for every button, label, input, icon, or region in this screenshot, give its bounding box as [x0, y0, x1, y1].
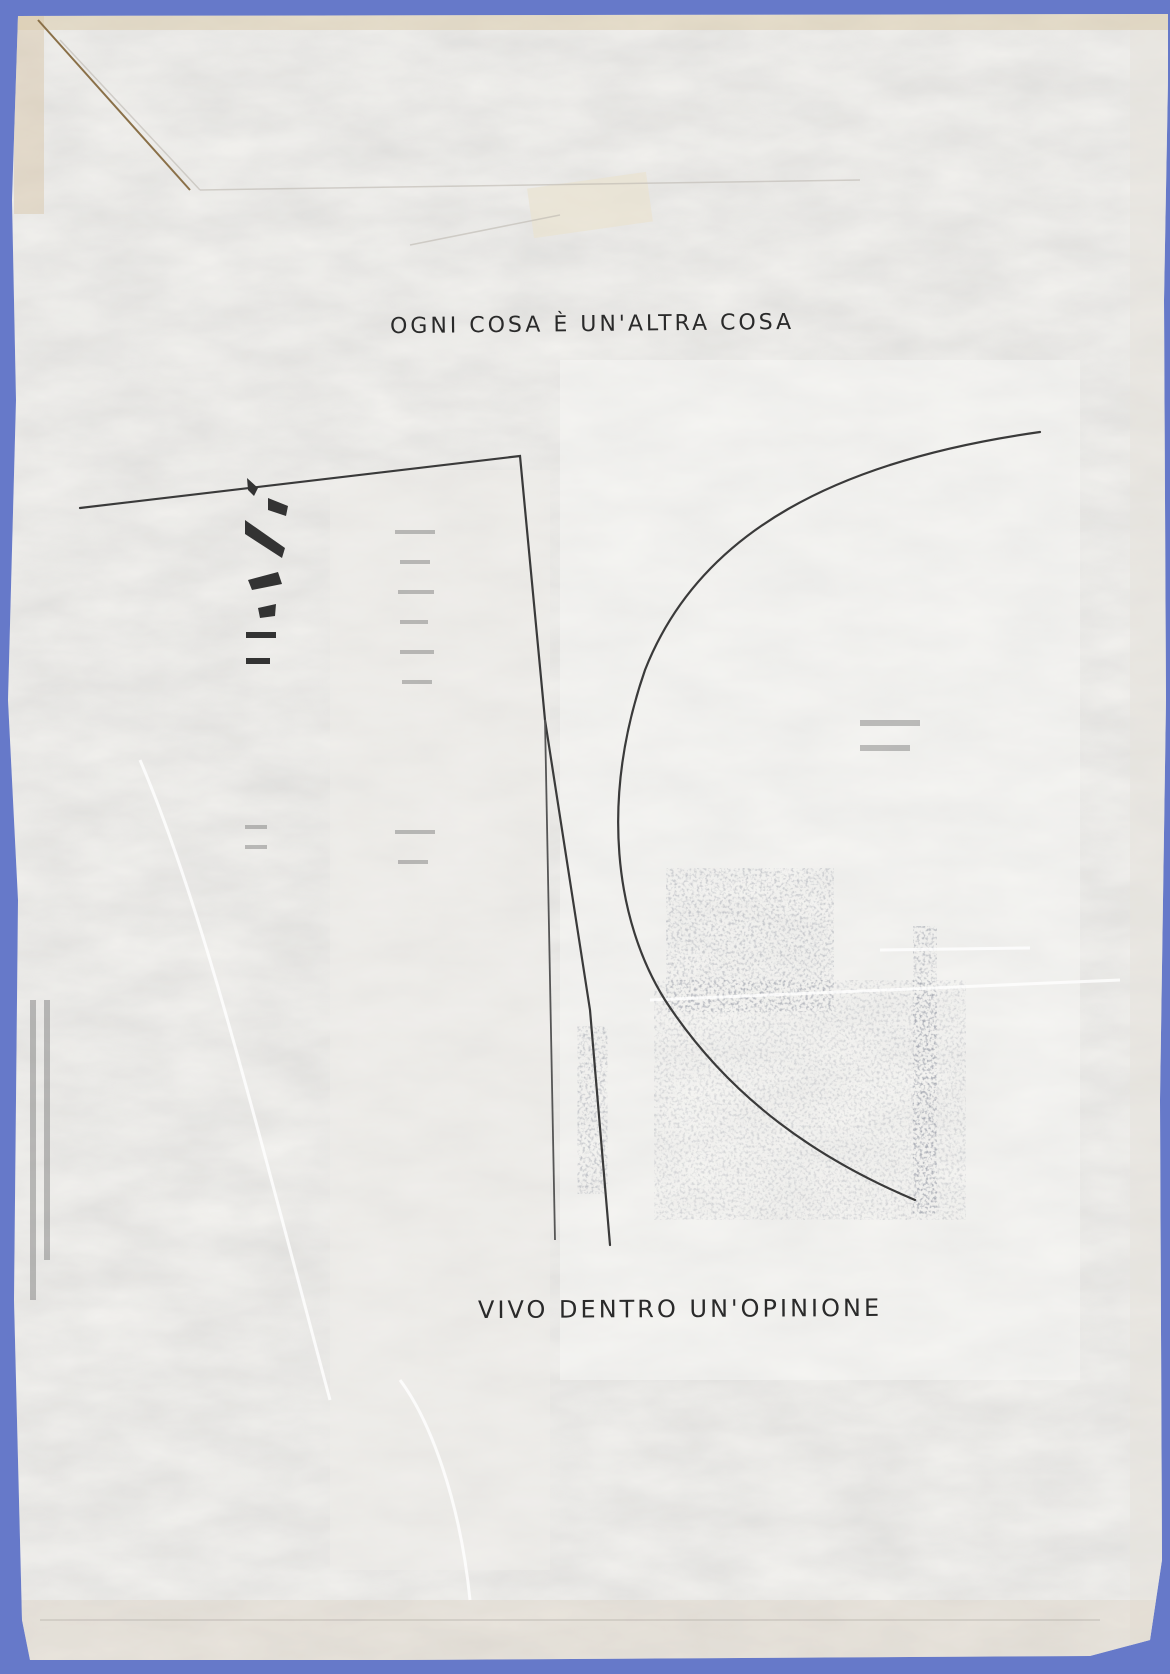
paper-collage	[0, 0, 1170, 1674]
inscription-top: OGNI COSA È UN'ALTRA COSA	[390, 310, 794, 339]
artwork-photo: OGNI COSA È UN'ALTRA COSA VIVO DENTRO UN…	[0, 0, 1170, 1674]
inscription-bottom: VIVO DENTRO UN'OPINIONE	[478, 1294, 882, 1324]
